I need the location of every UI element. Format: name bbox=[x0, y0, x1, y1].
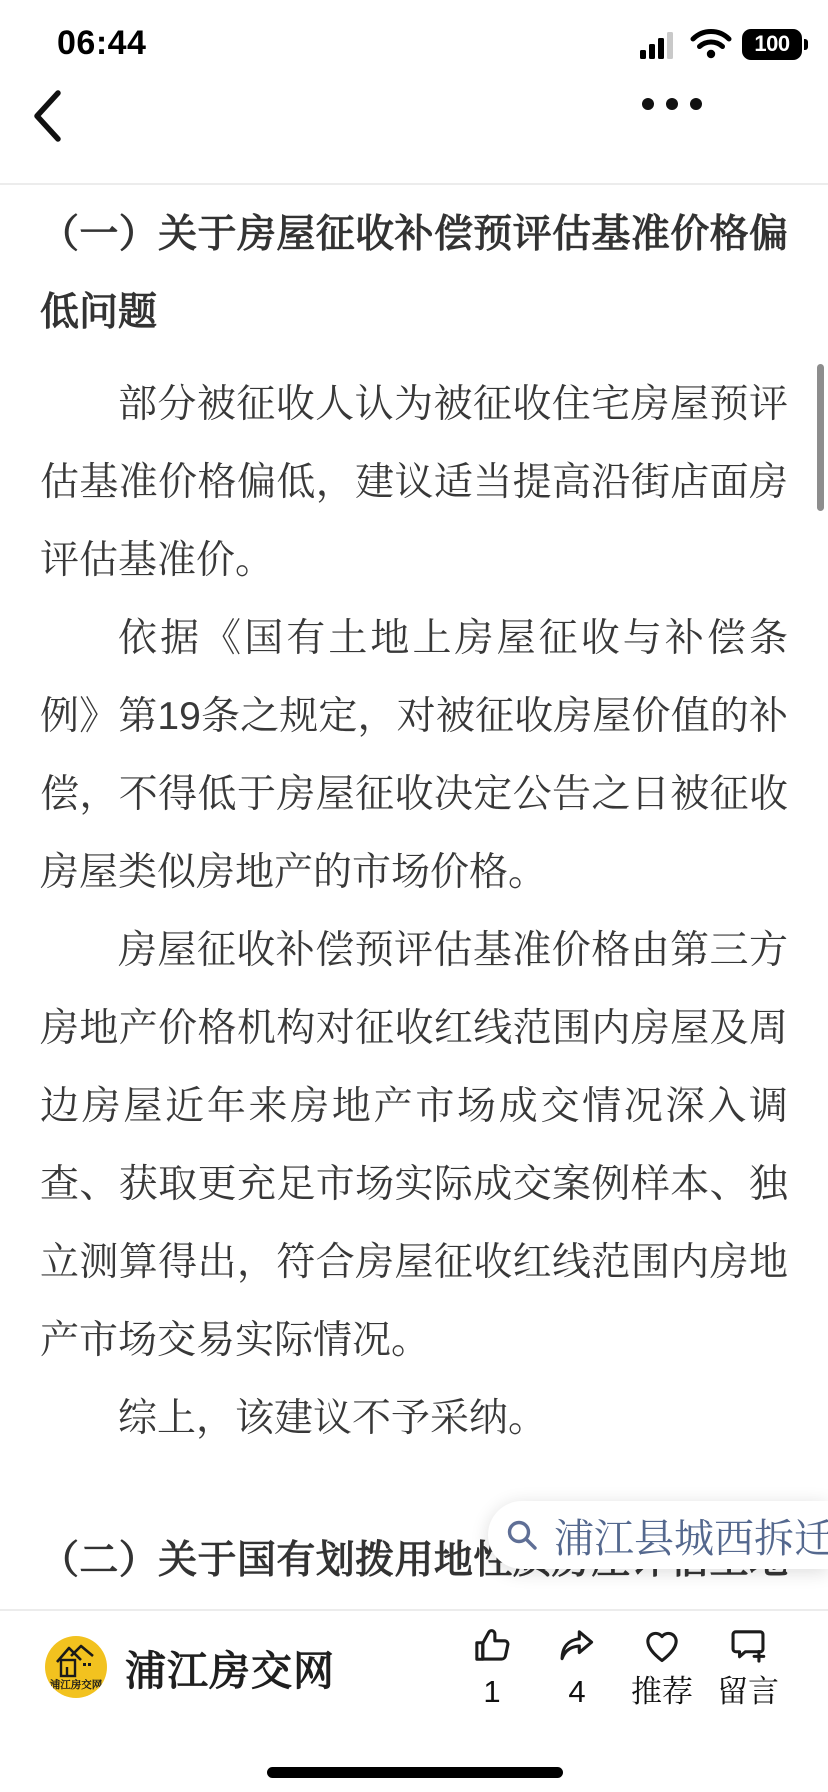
navigation-bar bbox=[0, 62, 828, 183]
like-button[interactable]: 1 bbox=[447, 1623, 537, 1709]
search-pill[interactable]: 浦江县城西拆迁 bbox=[488, 1501, 828, 1569]
article-paragraph: 部分被征收人认为被征收住宅房屋预评估基准价格偏低，建议适当提高沿街店面房评估基准… bbox=[40, 366, 788, 600]
scrollbar-thumb[interactable] bbox=[817, 364, 824, 511]
nav-divider bbox=[0, 183, 828, 185]
ellipsis-icon bbox=[690, 98, 702, 110]
ellipsis-icon bbox=[642, 98, 654, 110]
wifi-icon bbox=[690, 28, 732, 60]
section-heading: （一）关于房屋征收补偿预评估基准价格偏低问题 bbox=[40, 196, 788, 352]
search-icon bbox=[504, 1517, 540, 1553]
more-options-button[interactable] bbox=[642, 98, 702, 110]
share-button[interactable]: 4 bbox=[532, 1623, 622, 1709]
back-button[interactable] bbox=[28, 86, 68, 146]
comment-bubble-icon bbox=[703, 1623, 793, 1671]
heart-icon bbox=[617, 1623, 707, 1671]
share-count: 4 bbox=[532, 1675, 622, 1709]
share-arrow-icon bbox=[532, 1623, 622, 1671]
site-name: 浦江房交网 bbox=[125, 1638, 335, 1697]
like-count: 1 bbox=[447, 1675, 537, 1709]
comment-label: 留言 bbox=[703, 1675, 793, 1709]
battery-icon: 100 bbox=[742, 29, 802, 60]
article-paragraph: 综上，该建议不予采纳。 bbox=[40, 1380, 788, 1458]
comment-button[interactable]: 留言 bbox=[703, 1623, 793, 1709]
thumbs-up-icon bbox=[447, 1623, 537, 1671]
status-bar: 06:44 100 bbox=[0, 0, 828, 62]
clock: 06:44 bbox=[57, 24, 146, 63]
site-logo-icon: 浦江房交网 bbox=[45, 1636, 107, 1698]
site-brand[interactable]: 浦江房交网 浦江房交网 bbox=[45, 1636, 335, 1698]
bottom-toolbar: 浦江房交网 浦江房交网 1 4 推荐 bbox=[0, 1609, 828, 1792]
recommend-label: 推荐 bbox=[617, 1675, 707, 1709]
article-paragraph: 依据《国有土地上房屋征收与补偿条例》第19条之规定，对被征收房屋价值的补偿，不得… bbox=[40, 600, 788, 912]
ellipsis-icon bbox=[666, 98, 678, 110]
svg-text:浦江房交网: 浦江房交网 bbox=[50, 1678, 103, 1691]
home-indicator[interactable] bbox=[267, 1767, 563, 1778]
recommend-button[interactable]: 推荐 bbox=[617, 1623, 707, 1709]
cellular-signal-icon bbox=[640, 29, 680, 59]
article-paragraph: 房屋征收补偿预评估基准价格由第三方房地产价格机构对征收红线范围内房屋及周边房屋近… bbox=[40, 912, 788, 1380]
search-pill-label: 浦江县城西拆迁 bbox=[554, 1507, 828, 1564]
